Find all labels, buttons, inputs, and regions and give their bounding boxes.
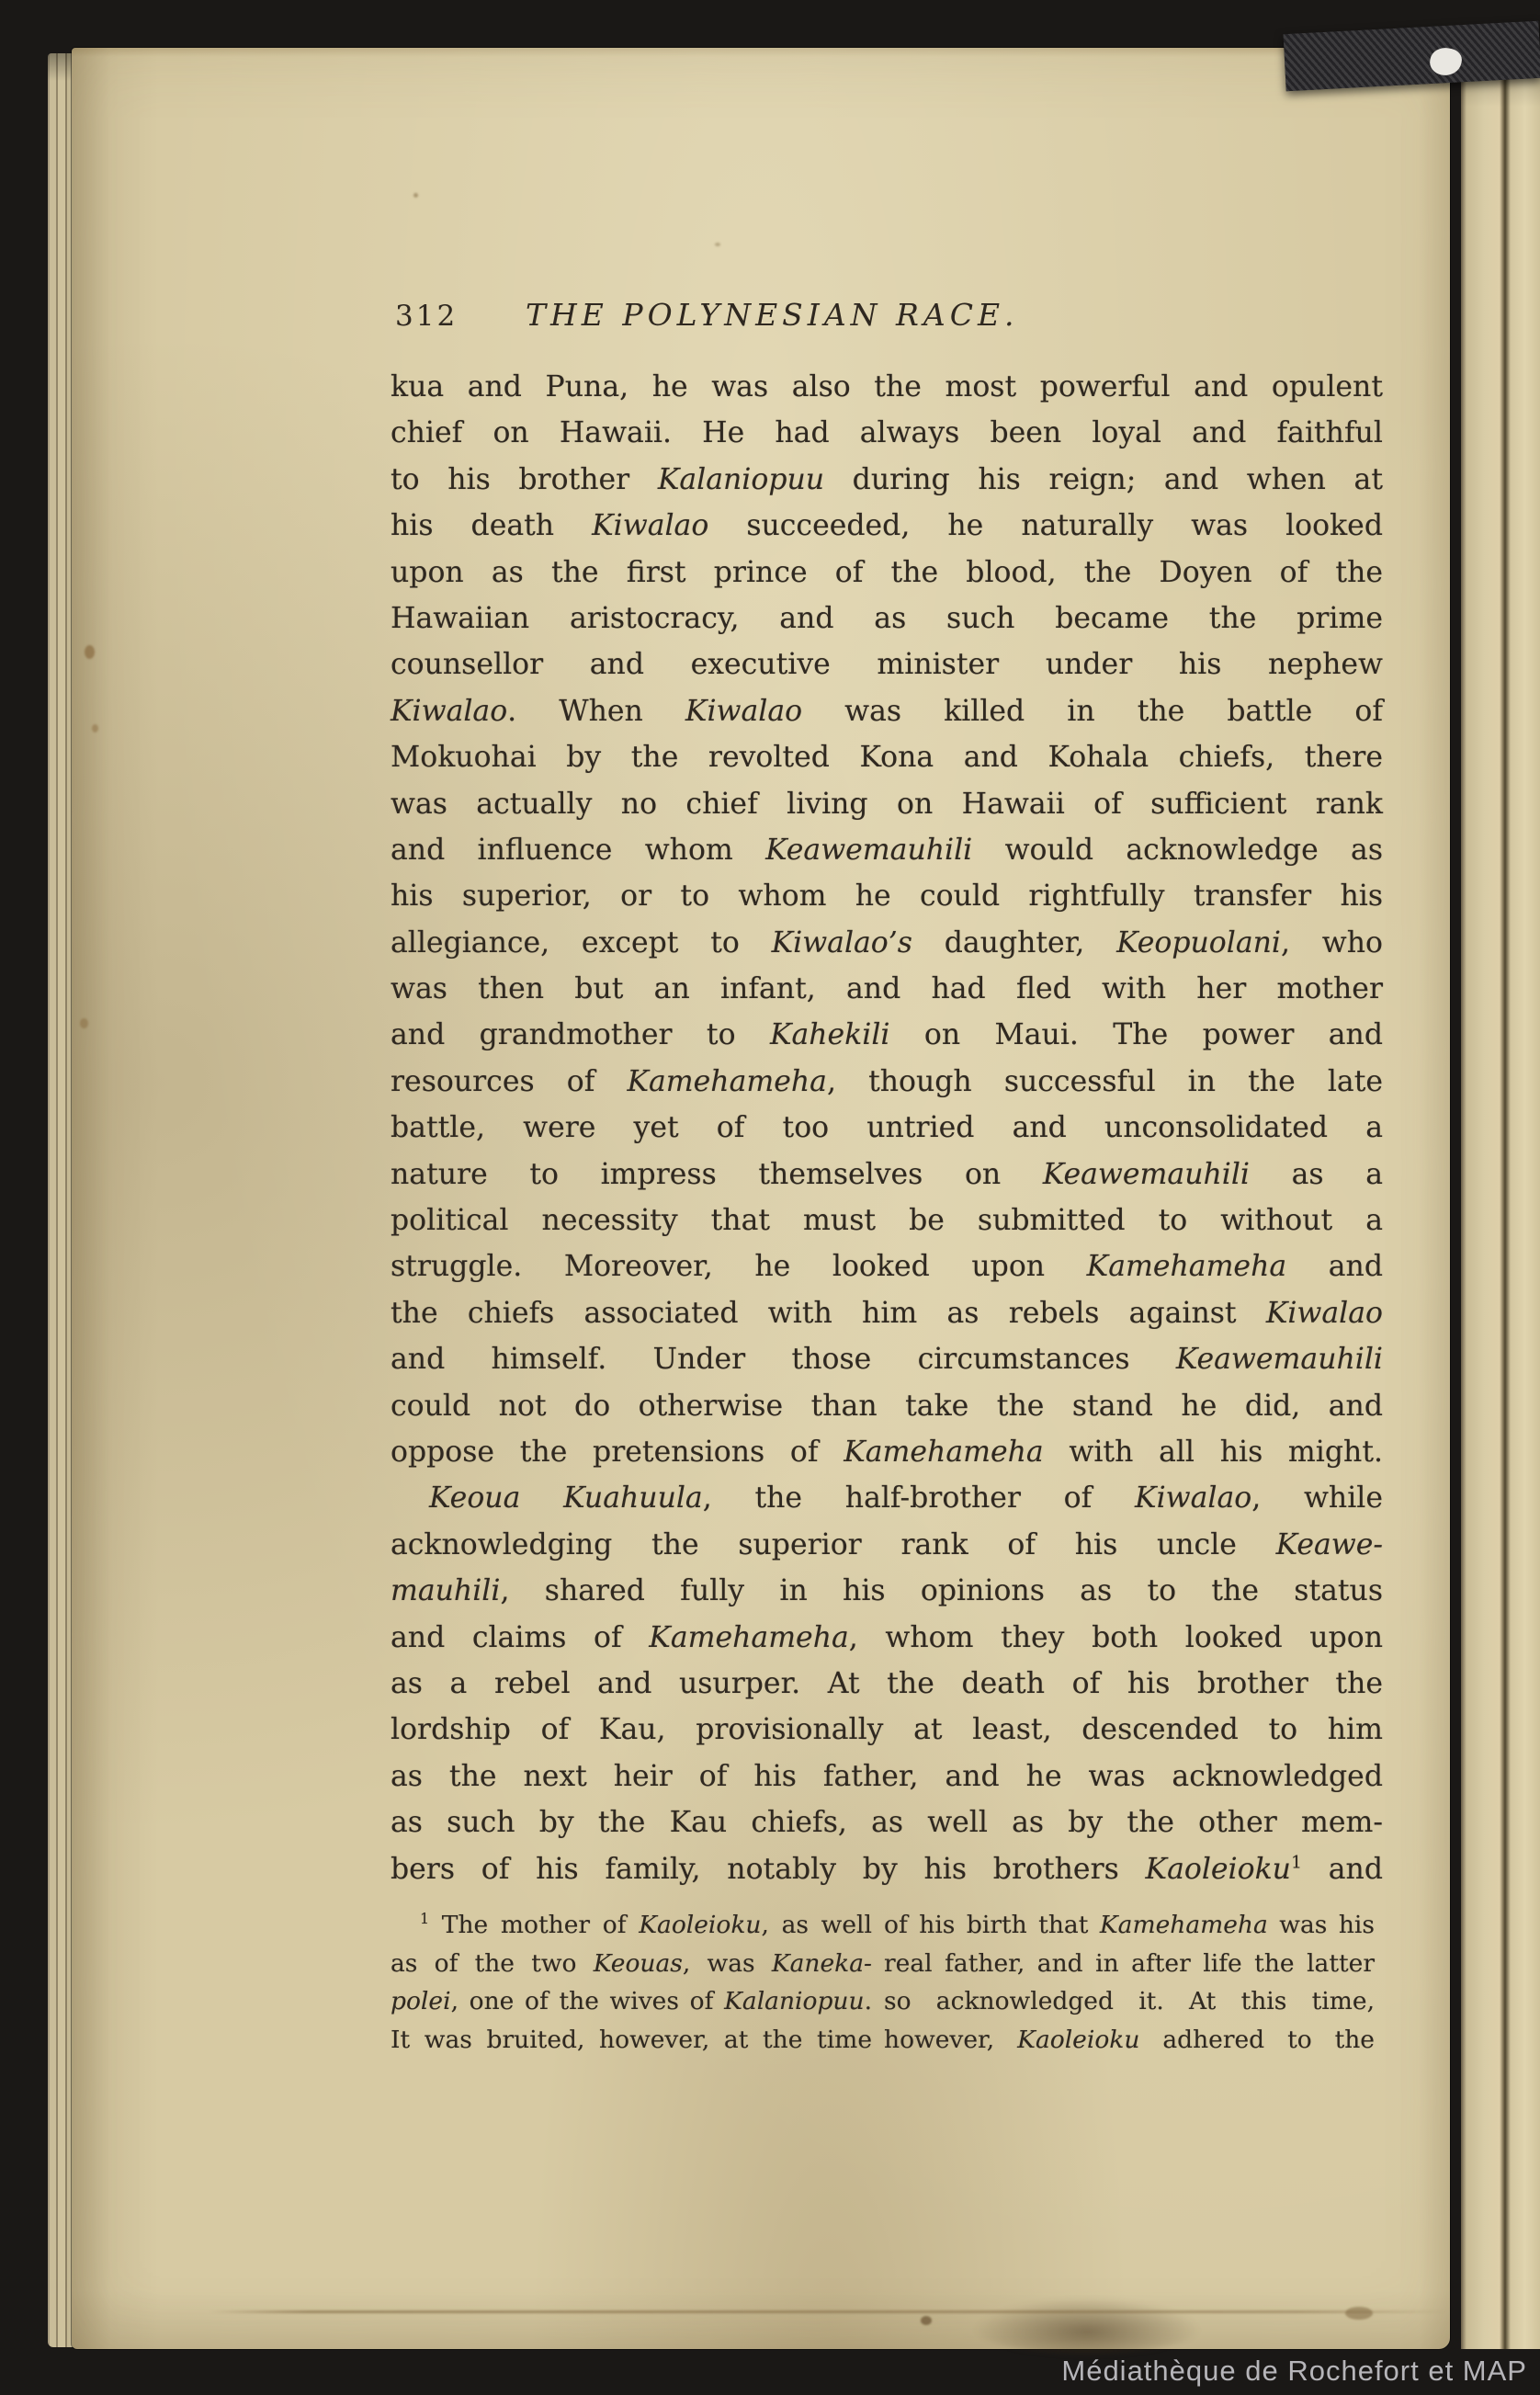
- text-line: struggle. Moreover, he looked upon Kameh…: [391, 1243, 1383, 1289]
- footnote-right-column: of his birth that Kamehameha was hisreal…: [884, 1906, 1375, 2059]
- page-stack-edges: [48, 53, 74, 2347]
- text-line: Kiwalao. When Kiwalao was killed in the …: [391, 688, 1383, 734]
- text-line: so acknowledged it. At this time,: [884, 1982, 1375, 2021]
- body-text: kua and Puna, he was also the most power…: [391, 364, 1383, 1892]
- watermark: Médiathèque de Rochefort et MAP: [1061, 2355, 1527, 2388]
- text-line: oppose the pretensions of Kamehameha wit…: [391, 1429, 1383, 1475]
- stain: [972, 2298, 1202, 2355]
- text-line: nature to impress themselves on Keawemau…: [391, 1152, 1383, 1197]
- text-line: acknowledging the superior rank of his u…: [391, 1522, 1383, 1568]
- page-crease: [209, 2310, 1446, 2313]
- text-line: and influence whom Keawemauhili would ac…: [391, 827, 1383, 873]
- text-line: real father, and in after life the latte…: [884, 1945, 1375, 1983]
- text-line: upon as the first prince of the blood, t…: [391, 550, 1383, 596]
- text-line: was then but an infant, and had fled wit…: [391, 966, 1383, 1012]
- text-line: allegiance, except to Kiwalao’s daughter…: [391, 920, 1383, 966]
- text-line: as the next heir of his father, and he w…: [391, 1754, 1383, 1799]
- text-line: kua and Puna, he was also the most power…: [391, 364, 1383, 410]
- running-title: THE POLYNESIAN RACE.: [526, 290, 1019, 340]
- text-line: and himself. Under those circumstances K…: [391, 1336, 1383, 1382]
- foxing-spot: [1345, 2307, 1373, 2320]
- text-line: bers of his family, notably by his broth…: [391, 1846, 1383, 1892]
- text-line: was actually no chief living on Hawaii o…: [391, 781, 1383, 827]
- text-line: however, Kaoleioku adhered to the: [884, 2021, 1375, 2060]
- page-number: 312: [395, 292, 458, 340]
- adjacent-page-edge: [1461, 51, 1540, 2349]
- text-line: Hawaiian aristocracy, and as such became…: [391, 596, 1383, 641]
- text-line: counsellor and executive minister under …: [391, 641, 1383, 687]
- text-line: and grandmother to Kahekili on Maui. The…: [391, 1012, 1383, 1058]
- foxing-spot: [715, 243, 720, 246]
- foxing-spot: [85, 645, 95, 659]
- text-line: polei, one of the wives of Kalaniopuu.: [391, 1982, 872, 2021]
- footnote-left-column: 1 The mother of Kaoleioku, as wellas of …: [391, 1906, 872, 2059]
- foxing-spot: [921, 2316, 932, 2325]
- text-line: as such by the Kau chiefs, as well as by…: [391, 1799, 1383, 1845]
- text-line: his death Kiwalao succeeded, he naturall…: [391, 503, 1383, 549]
- text-line: political necessity that must be submitt…: [391, 1197, 1383, 1243]
- text-line: could not do otherwise than take the sta…: [391, 1383, 1383, 1429]
- text-line: as of the two Keouas, was Kaneka-: [391, 1945, 872, 1983]
- text-line: of his birth that Kamehameha was his: [884, 1906, 1375, 1945]
- text-line: mauhili, shared fully in his opinions as…: [391, 1568, 1383, 1614]
- text-line: and claims of Kamehameha, whom they both…: [391, 1615, 1383, 1661]
- book-page: 312 THE POLYNESIAN RACE. kua and Puna, h…: [72, 48, 1450, 2349]
- text-line: the chiefs associated with him as rebels…: [391, 1290, 1383, 1336]
- foxing-spot: [92, 724, 98, 732]
- text-line: resources of Kamehameha, though successf…: [391, 1059, 1383, 1105]
- scanned-book-photo: 312 THE POLYNESIAN RACE. kua and Puna, h…: [0, 0, 1540, 2395]
- text-line: as a rebel and usurper. At the death of …: [391, 1661, 1383, 1707]
- text-line: battle, were yet of too untried and unco…: [391, 1105, 1383, 1151]
- foxing-spot: [80, 1018, 88, 1028]
- text-line: Mokuohai by the revolted Kona and Kohala…: [391, 734, 1383, 780]
- text-line: It was bruited, however, at the time: [391, 2021, 872, 2060]
- text-line: lordship of Kau, provisionally at least,…: [391, 1707, 1383, 1753]
- paper-tear-fragment: [1428, 45, 1464, 78]
- text-line: chief on Hawaii. He had always been loya…: [391, 410, 1383, 456]
- foxing-spot: [413, 193, 418, 198]
- text-line: to his brother Kalaniopuu during his rei…: [391, 457, 1383, 503]
- text-line: 1 The mother of Kaoleioku, as well: [391, 1906, 872, 1945]
- text-line: Keoua Kuahuula, the half-brother of Kiwa…: [391, 1475, 1383, 1521]
- text-line: his superior, or to whom he could rightf…: [391, 873, 1383, 919]
